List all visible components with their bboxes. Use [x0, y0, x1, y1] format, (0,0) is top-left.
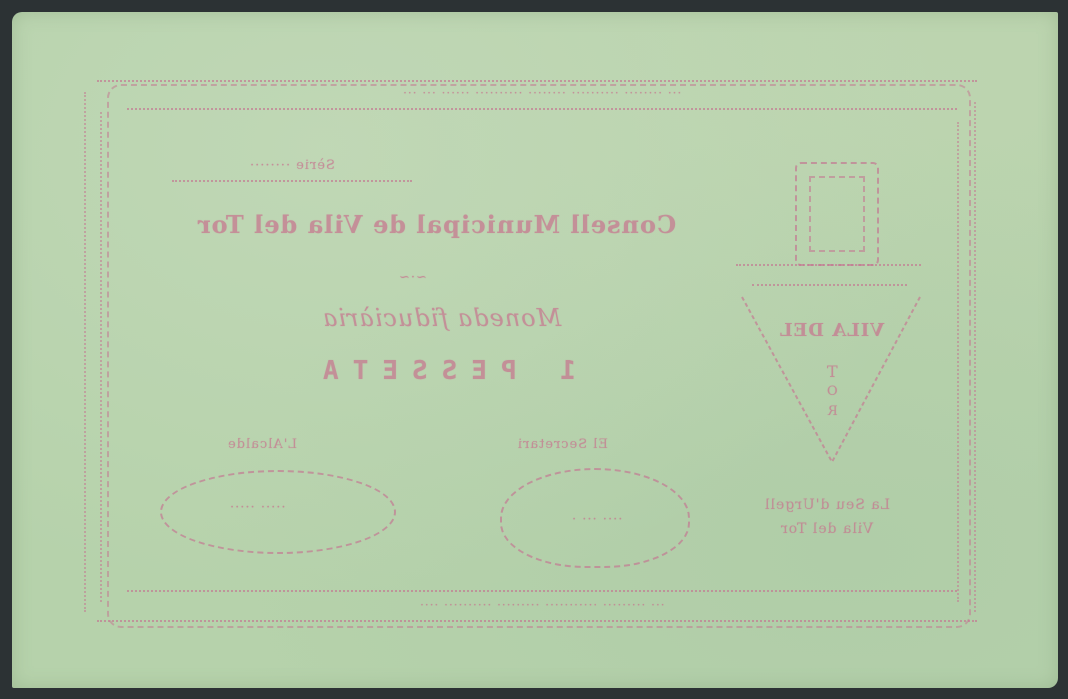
- triangle-top-line-2: [752, 284, 907, 286]
- ornament: ~·~: [362, 270, 462, 285]
- seal-left-text-label: ····· ·····: [229, 500, 285, 515]
- triangle-text-line4: R: [812, 404, 852, 419]
- right-border-line-2: [974, 102, 976, 612]
- denomination: 1 PESSETA: [242, 356, 642, 386]
- issuer-title: Consell Municipal de Vila del Tor: [142, 210, 732, 239]
- place-line-2: Vila del Tor: [737, 518, 917, 540]
- left-border-line-1: [84, 92, 86, 612]
- triangle-text-line2: T: [812, 362, 852, 381]
- left-border-line-2: [100, 112, 102, 602]
- triangle-top-line-1: [736, 264, 921, 266]
- place-line-1-label: La Seu d'Urgell: [764, 494, 890, 516]
- seal-right-text: ···· ··· ·: [532, 512, 662, 527]
- triangle-text-line1-label: VILA DEL: [779, 320, 884, 341]
- triangle-text-line3: O: [812, 384, 852, 399]
- seal-right-text-label: ···· ··· ·: [571, 512, 622, 527]
- triangle-text-line3-label: O: [826, 384, 838, 399]
- subtitle: Moneda fiduciària: [232, 304, 652, 332]
- right-border-line-1: [957, 122, 959, 602]
- signature-label-right-text: El Secretari: [517, 437, 608, 452]
- place-line-2-label: Vila del Tor: [780, 518, 873, 540]
- triangle-text-line4-label: R: [827, 404, 838, 419]
- banknote-reverse: ··· ········ ·········· ········ ·······…: [12, 12, 1058, 688]
- bottom-border-text: ··· ········· ··········· ········· ····…: [122, 598, 962, 612]
- value-box: [795, 162, 879, 266]
- ornament-label: ~·~: [398, 270, 427, 285]
- bottom-border-line-1: [127, 590, 957, 592]
- place-line-1: La Seu d'Urgell: [737, 494, 917, 516]
- signature-label-right: El Secretari: [502, 437, 622, 452]
- seal-left-text: ····· ·····: [182, 500, 332, 515]
- denomination-label: 1 PESSETA: [309, 356, 576, 386]
- top-border-line-1: [97, 80, 977, 82]
- series-header-label: Sèrie ········: [249, 158, 335, 173]
- top-border-text-label: ··· ········ ·········· ········ ·······…: [402, 86, 681, 100]
- signature-label-left: L'Alcalde: [202, 437, 322, 452]
- value-box-inner: [809, 176, 865, 252]
- series-header: Sèrie ········: [162, 158, 422, 173]
- series-underline: [172, 180, 412, 182]
- issuer-title-label: Consell Municipal de Vila del Tor: [197, 210, 676, 239]
- top-border-line-2: [127, 108, 957, 110]
- top-border-text: ··· ········ ·········· ········ ·······…: [122, 86, 962, 100]
- bottom-border-text-label: ··· ········· ··········· ········· ····…: [419, 598, 665, 612]
- triangle-text-line1: VILA DEL: [772, 320, 892, 341]
- signature-label-left-text: L'Alcalde: [227, 437, 297, 452]
- triangle-text-line2-label: T: [826, 362, 838, 381]
- subtitle-label: Moneda fiduciària: [322, 304, 561, 332]
- bottom-border-line-2: [97, 620, 977, 622]
